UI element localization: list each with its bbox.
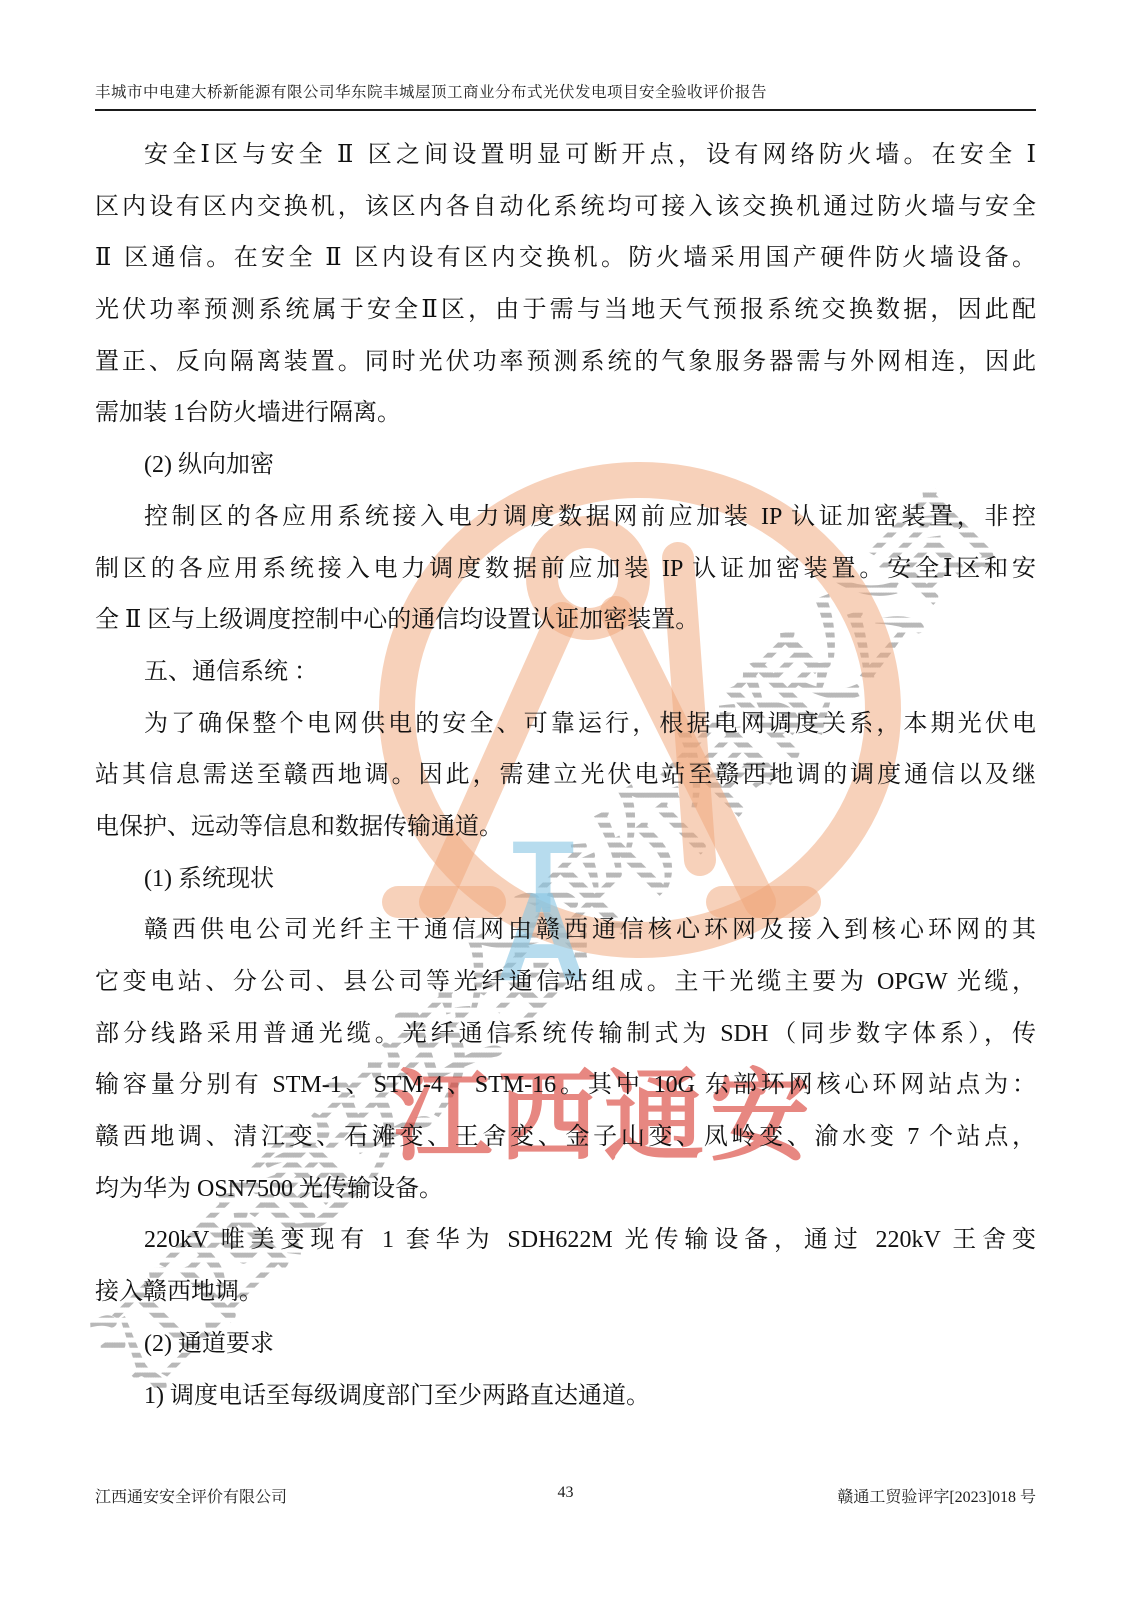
footer-page-number: 43 <box>558 1484 574 1502</box>
document-content: 丰城市中电建大桥新能源有限公司华东院丰城屋顶工商业分布式光伏发电项目安全验收评价… <box>0 0 1131 1600</box>
body-line: 为了确保整个电网供电的安全、可靠运行，根据电网调度关系，本期光伏电 <box>95 699 1036 751</box>
body-line: 站其信息需送至赣西地调。因此，需建立光伏电站至赣西地调的调度通信以及继 <box>95 750 1036 802</box>
footer-doc-number: 赣通工贸验评字[2023]018 号 <box>837 1484 1036 1507</box>
section-heading: (2) 纵向加密 <box>95 440 1036 492</box>
section-heading: 五、通信系统 ： <box>95 647 1036 699</box>
body-line: 赣西供电公司光纤主干通信网由赣西通信核心环网及接入到核心环网的其 <box>95 905 1036 957</box>
body-line: 220kV 唯美变现有 1 套华为 SDH622M 光传输设备，通过 220kV… <box>95 1215 1036 1267</box>
body-line: 部分线路采用普通光缆。光纤通信系统传输制式为 SDH（同步数字体系），传 <box>95 1009 1036 1061</box>
body-line: 均为华为 OSN7500 光传输设备。 <box>95 1164 1036 1216</box>
section-heading: (2) 通道要求 <box>95 1319 1036 1371</box>
body-line: 接入赣西地调。 <box>95 1267 1036 1319</box>
body-line: 制区的各应用系统接入电力调度数据前应加装 IP 认证加密装置。安全Ⅰ区和安 <box>95 544 1036 596</box>
body-line: 控制区的各应用系统接入电力调度数据网前应加装 IP 认证加密装置，非控 <box>95 492 1036 544</box>
page-header-title: 丰城市中电建大桥新能源有限公司华东院丰城屋顶工商业分布式光伏发电项目安全验收评价… <box>95 80 1036 111</box>
body-text: 安全Ⅰ区与安全 Ⅱ 区之间设置明显可断开点，设有网络防火墙。在安全 Ⅰ 区内设有… <box>95 130 1036 1422</box>
footer-company: 江西通安安全评价有限公司 <box>95 1484 287 1507</box>
body-line: 赣西地调、清江变、石滩变、王舍变、金子山变、凤岭变、渝水变 7 个站点， <box>95 1112 1036 1164</box>
body-line: 置正、反向隔离装置。同时光伏功率预测系统的气象服务器需与外网相连，因此 <box>95 337 1036 389</box>
body-line: 输容量分别有 STM-1、STM-4、STM-16。其中 10G 东部环网核心环… <box>95 1060 1036 1112</box>
body-line: 1) 调度电话至每级调度部门至少两路直达通道。 <box>95 1371 1036 1423</box>
body-line: 全 Ⅱ 区与上级调度控制中心的通信均设置认证加密装置。 <box>95 595 1036 647</box>
body-line: 光伏功率预测系统属于安全Ⅱ区，由于需与当地天气预报系统交换数据，因此配 <box>95 285 1036 337</box>
body-line: 电保护、远动等信息和数据传输通道。 <box>95 802 1036 854</box>
body-line: 安全Ⅰ区与安全 Ⅱ 区之间设置明显可断开点，设有网络防火墙。在安全 Ⅰ <box>95 130 1036 182</box>
body-line: 需加装 1台防火墙进行隔离。 <box>95 388 1036 440</box>
body-line: 它变电站、分公司、县公司等光纤通信站组成。主干光缆主要为 OPGW 光缆， <box>95 957 1036 1009</box>
section-heading: (1) 系统现状 <box>95 854 1036 906</box>
body-line: 区内设有区内交换机，该区内各自动化系统均可接入该交换机通过防火墙与安全 <box>95 182 1036 234</box>
body-line: Ⅱ 区通信。在安全 Ⅱ 区内设有区内交换机。防火墙采用国产硬件防火墙设备。 <box>95 233 1036 285</box>
document-page: 江西通安安全评价有限公司 T A 江西通安 丰城市中电建大桥新能源有限公司华东院… <box>0 0 1131 1600</box>
